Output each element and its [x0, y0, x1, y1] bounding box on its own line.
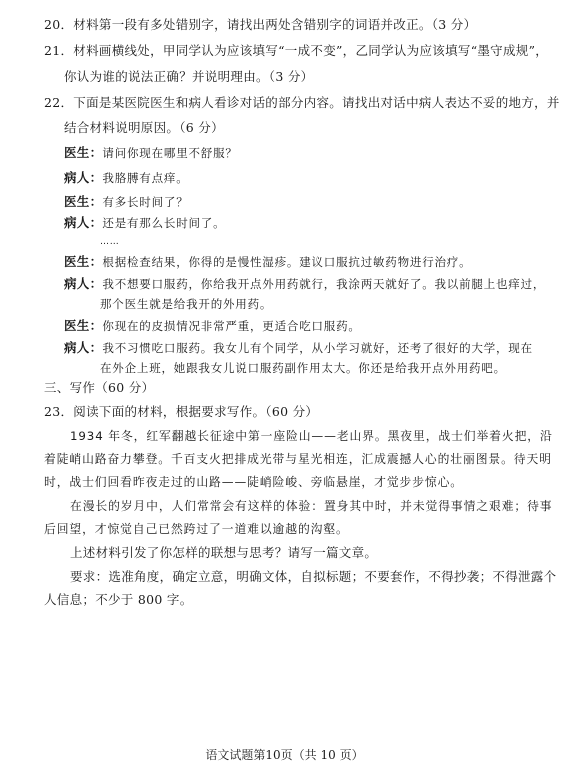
- speaker-label: 病人：: [64, 215, 102, 230]
- dialogue-text: 你现在的皮损情况非常严重，更适合吃口服药。: [102, 319, 360, 333]
- material-para1-line1: 1934 年冬，红军翻越长征途中第一座险山——老山界。黑夜里，战士们举着火把，沿: [70, 428, 553, 444]
- dialogue-line: 病人：我不习惯吃口服药。我女儿有个同学，从小学习就好，还考了很好的大学，现在: [64, 340, 533, 356]
- dialogue-line: 病人：还是有那么长时间了。: [64, 215, 225, 231]
- requirements-line2: 人信息；不少于 800 字。: [44, 592, 193, 608]
- dialogue-text: 我不想要口服药，你给我开点外用药就行，我涂两天就好了。我以前腿上也痒过，: [102, 277, 545, 291]
- question-21-line1: 21．材料画横线处，甲同学认为应该填写“一成不变”，乙同学认为应该填写“墨守成规…: [44, 43, 548, 59]
- dialogue-text: 请问你现在哪里不舒服？: [102, 146, 237, 160]
- speaker-label: 病人：: [64, 276, 102, 291]
- dialogue-line: 病人：我胳膊有点痒。: [64, 170, 189, 186]
- dialogue-continuation: 在外企上班，她跟我女儿说口服药副作用太大。你还是给我开点外用药吧。: [100, 360, 506, 376]
- requirements-line1: 要求：选准角度，确定立意，明确文体，自拟标题；不要套作，不得抄袭；不得泄露个: [70, 569, 556, 585]
- question-21-line2: 你认为谁的说法正确？并说明理由。（3 分）: [64, 69, 313, 85]
- dialogue-text: 我胳膊有点痒。: [102, 171, 188, 185]
- exam-page: 20．材料第一段有多处错别字，请找出两处含错别字的词语并改正。（3 分） 21．…: [0, 0, 569, 771]
- question-20: 20．材料第一段有多处错别字，请找出两处含错别字的词语并改正。（3 分）: [44, 17, 476, 33]
- dialogue-line: 医生：请问你现在哪里不舒服？: [64, 145, 238, 161]
- question-22-line1: 22．下面是某医院医生和病人看诊对话的部分内容。请找出对话中病人表达不妥的地方，…: [44, 95, 560, 111]
- question-23-prompt: 23．阅读下面的材料，根据要求写作。（60 分）: [44, 404, 318, 420]
- dialogue-text: 还是有那么长时间了。: [102, 216, 225, 230]
- dialogue-line: 医生：根据检查结果，你得的是慢性湿疹。建议口服抗过敏药物进行治疗。: [64, 254, 471, 270]
- speaker-label: 医生：: [64, 145, 102, 160]
- page-footer: 语文试题第10页（共 10 页）: [0, 746, 569, 763]
- dialogue-text: 根据检查结果，你得的是慢性湿疹。建议口服抗过敏药物进行治疗。: [102, 255, 471, 269]
- material-para1-line3: 时，战士们回看昨夜走过的山路——陡峭险峻、旁临悬崖，才觉步步惊心。: [44, 474, 463, 490]
- speaker-label: 医生：: [64, 254, 102, 269]
- dialogue-ellipsis: ……: [100, 234, 120, 250]
- material-para2-line1: 在漫长的岁月中，人们常常会有这样的体验：置身其中时，并未觉得事情之艰难；待事: [70, 498, 552, 514]
- dialogue-text: 我不习惯吃口服药。我女儿有个同学，从小学习就好，还考了很好的大学，现在: [102, 341, 533, 355]
- speaker-label: 病人：: [64, 340, 102, 355]
- dialogue-line: 医生：有多长时间了？: [64, 194, 189, 210]
- speaker-label: 医生：: [64, 194, 102, 209]
- material-para2-line2: 后回望，才惊觉自己已然跨过了一道难以逾越的沟壑。: [44, 521, 349, 537]
- dialogue-continuation: 那个医生就是给我开的外用药。: [100, 296, 272, 312]
- dialogue-text: 有多长时间了？: [102, 195, 188, 209]
- section-title: 三、写作（60 分）: [44, 380, 154, 396]
- speaker-label: 医生：: [64, 318, 102, 333]
- speaker-label: 病人：: [64, 170, 102, 185]
- dialogue-line: 病人：我不想要口服药，你给我开点外用药就行，我涂两天就好了。我以前腿上也痒过，: [64, 276, 545, 292]
- writing-prompt: 上述材料引发了你怎样的联想与思考？请写一篇文章。: [70, 545, 377, 561]
- material-para1-line2: 着陡峭山路奋力攀登。千百支火把排成光带与星光相连，汇成震撼人心的壮丽图景。待天明: [44, 451, 552, 467]
- question-22-line2: 结合材料说明原因。（6 分）: [64, 120, 224, 136]
- dialogue-line: 医生：你现在的皮损情况非常严重，更适合吃口服药。: [64, 318, 361, 334]
